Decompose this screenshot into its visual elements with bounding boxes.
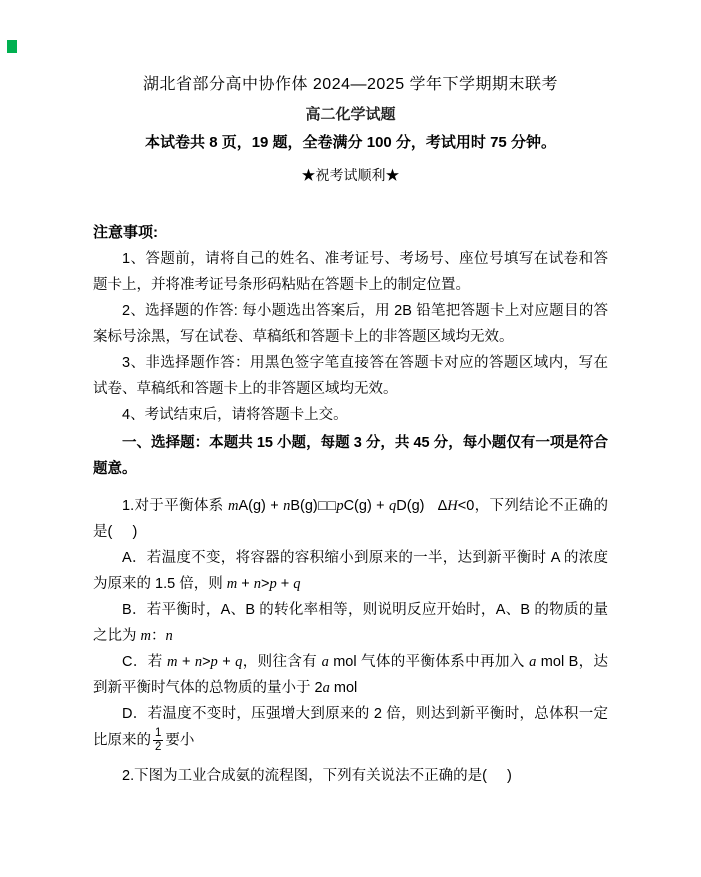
question-1-option-d: D．若温度不变时，压强增大到原来的 2 倍，则达到新平衡时，总体积一定比原来的1… xyxy=(93,701,608,754)
fraction: 12 xyxy=(153,727,163,754)
notice-item-2: 2、选择题的作答: 每小题选出答案后，用 2B 铅笔把答题卡上对应题目的答案标号… xyxy=(93,298,608,350)
document-content: 湖北省部分高中协作体 2024—2025 学年下学期期末联考 高二化学试题 本试… xyxy=(0,0,701,789)
exam-subtitle: 高二化学试题 xyxy=(93,105,608,125)
notice-item-1: 1、答题前，请将自己的姓名、准考证号、考场号、座位号填写在试卷和答题卡上，并将准… xyxy=(93,246,608,298)
exam-info-line: 本试卷共 8 页，19 题，全卷满分 100 分，考试用时 75 分钟。 xyxy=(93,133,608,153)
exam-title: 湖北省部分高中协作体 2024—2025 学年下学期期末联考 xyxy=(93,74,608,96)
green-marker xyxy=(7,40,17,53)
question-1-option-a: A．若温度不变，将容器的容积缩小到原来的一半，达到新平衡时 A 的浓度为原来的 … xyxy=(93,545,608,597)
question-1-stem: 1.对于平衡体系 mA(g) + nB(g)□□pC(g) + qD(g) ΔH… xyxy=(93,493,608,545)
exam-paper-page: 湖北省部分高中协作体 2024—2025 学年下学期期末联考 高二化学试题 本试… xyxy=(0,0,701,877)
notice-item-4: 4、考试结束后，请将答题卡上交。 xyxy=(93,402,608,428)
question-1-option-c: C．若 m + n>p + q，则往含有 a mol 气体的平衡体系中再加入 a… xyxy=(93,649,608,701)
question-1-option-b: B．若平衡时，A、B 的转化率相等，则说明反应开始时，A、B 的物质的量之比为 … xyxy=(93,597,608,649)
section-heading: 一、选择题：本题共 15 小题，每题 3 分，共 45 分，每小题仅有一项是符合… xyxy=(93,430,608,482)
question-2-stem: 2.下图为工业合成氨的流程图，下列有关说法不正确的是( ) xyxy=(93,763,608,789)
notice-item-3: 3、非选择题作答：用黑色签字笔直接答在答题卡对应的答题区域内，写在试卷、草稿纸和… xyxy=(93,350,608,402)
notice-heading: 注意事项: xyxy=(93,220,608,246)
exam-wish-line: ★祝考试顺利★ xyxy=(93,166,608,184)
